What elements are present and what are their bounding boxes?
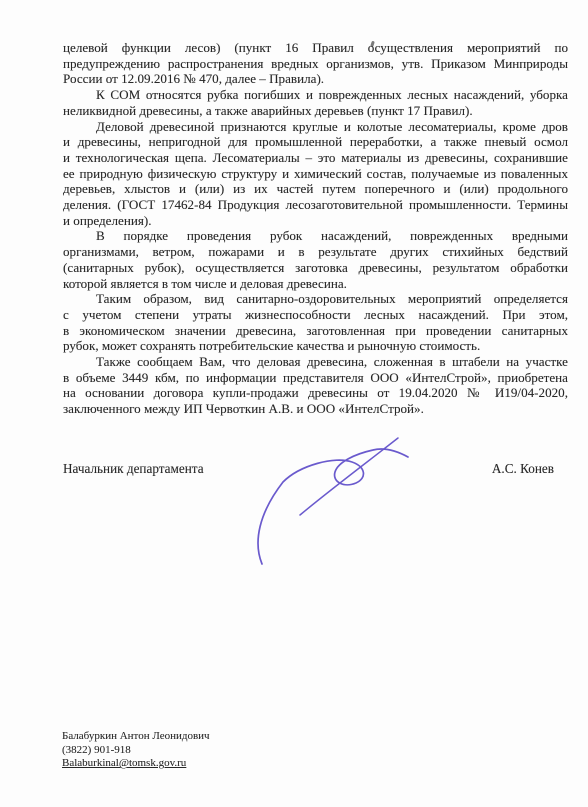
handwritten-signature: [245, 420, 415, 580]
letter-line: Деловой древесиной признаются круглые и …: [63, 119, 568, 135]
scanned-letter-page: целевой функции лесов) (пункт 16 Правил …: [0, 0, 588, 807]
letter-line: предупреждению распространения вредных о…: [63, 56, 568, 72]
signature-row: Начальник департамента А.С. Конев: [63, 461, 568, 477]
signer-name: А.С. Конев: [492, 461, 554, 477]
letter-line: деления. (ГОСТ 17462-84 Продукция лесоза…: [63, 197, 568, 213]
letter-line: Таким образом, вид санитарно-оздоровител…: [63, 291, 568, 307]
letter-line: ее природную физическую структуру и хими…: [63, 166, 568, 182]
letter-line: К СОМ относятся рубка погибших и поврежд…: [63, 87, 568, 103]
letter-line: В порядке проведения рубок насаждений, п…: [63, 228, 568, 244]
letter-line: деревьев, хлыстов и (или) из их частей п…: [63, 181, 568, 197]
letter-line: России от 12.09.2016 № 470, далее – Прав…: [63, 71, 568, 87]
letter-line: которой является в том числе и деловая д…: [63, 276, 568, 292]
letter-line: рубок, может сохранять потребительские к…: [63, 338, 568, 354]
signer-position-title: Начальник департамента: [63, 461, 204, 477]
letter-line: в объеме 3449 кбм, по информации предста…: [63, 370, 568, 386]
letter-body: целевой функции лесов) (пункт 16 Правил …: [63, 40, 568, 417]
letter-line: организмами, ветром, пожарами и в резуль…: [63, 244, 568, 260]
letter-line: Также сообщаем Вам, что деловая древесин…: [63, 354, 568, 370]
letter-line: неликвидной древесины, а также аварийных…: [63, 103, 568, 119]
letter-line: на основании договора купли-продажи древ…: [63, 385, 568, 401]
executor-contact-block: Балабуркин Антон Леонидович (3822) 901-9…: [62, 730, 210, 771]
executor-name: Балабуркин Антон Леонидович: [62, 730, 210, 744]
executor-email: Balaburkinal@tomsk.gov.ru: [62, 757, 210, 771]
executor-phone: (3822) 901-918: [62, 744, 210, 758]
letter-line: с учетом степени утраты жизнеспособности…: [63, 307, 568, 323]
letter-line: заключенного между ИП Червоткин А.В. и О…: [63, 401, 568, 417]
letter-line: и технологическая щепа. Лесоматериалы – …: [63, 150, 568, 166]
letter-line: (санитарных рубок), осуществляется загот…: [63, 260, 568, 276]
letter-line: целевой функции лесов) (пункт 16 Правил …: [63, 40, 568, 56]
letter-line: в экономическом значении древесина, заго…: [63, 323, 568, 339]
letter-line: и древесины, непригодной для промышленно…: [63, 134, 568, 150]
letter-line: и определения).: [63, 213, 568, 229]
